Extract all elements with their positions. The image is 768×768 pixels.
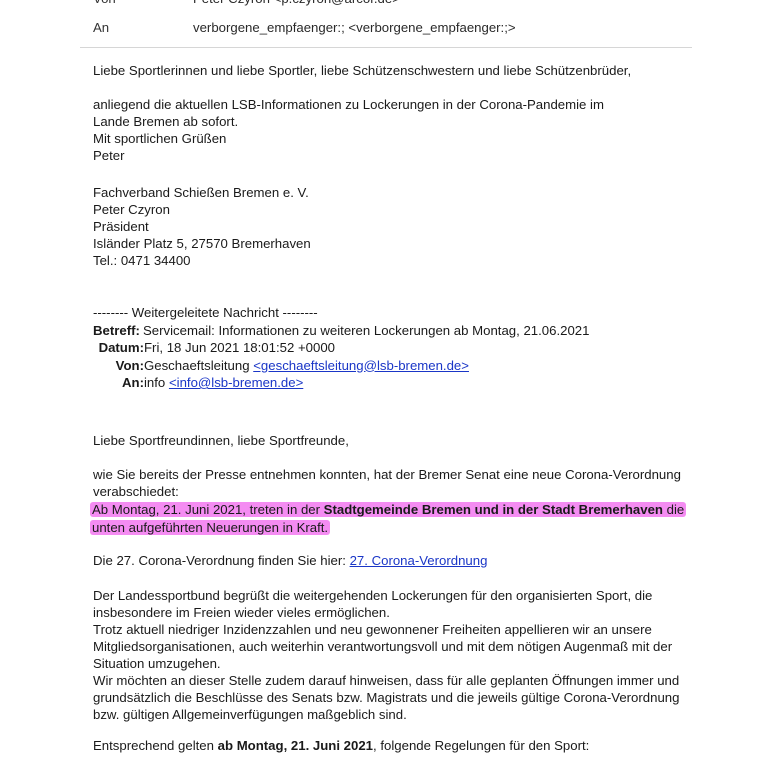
forward-date-row: Datum:Fri, 18 Jun 2021 18:01:52 +0000 bbox=[93, 339, 589, 357]
rules-text: , folgende Regelungen für den Sport: bbox=[373, 738, 589, 753]
signature-title: Präsident bbox=[93, 218, 311, 235]
from-label: Von bbox=[93, 0, 193, 6]
from-value: Peter Czyron <p.czyron@arcor.de> bbox=[193, 0, 400, 6]
signature-name: Peter Czyron bbox=[93, 201, 311, 218]
forward-separator: -------- Weitergeleitete Nachricht -----… bbox=[93, 304, 589, 322]
subject-label: Betreff: bbox=[93, 322, 143, 340]
para1-line: wie Sie bereits der Presse entnehmen kon… bbox=[93, 466, 686, 483]
to-value: verborgene_empfaenger:; <verborgene_empf… bbox=[193, 20, 516, 35]
rules-intro: Entsprechend gelten ab Montag, 21. Juni … bbox=[93, 737, 589, 754]
highlight-text: Ab Montag, 21. Juni 2021, treten in der bbox=[92, 502, 324, 517]
to-email-link[interactable]: <info@lsb-bremen.de> bbox=[169, 375, 303, 390]
body-line: anliegend die aktuellen LSB-Informatione… bbox=[93, 96, 604, 113]
forwarded-header: -------- Weitergeleitete Nachricht -----… bbox=[93, 304, 589, 392]
subject-value: Servicemail: Informationen zu weiteren L… bbox=[143, 323, 589, 338]
verordnung-link[interactable]: 27. Corona-Verordnung bbox=[350, 553, 488, 568]
email-to-row: Anverborgene_empfaenger:; <verborgene_em… bbox=[93, 20, 516, 35]
para1-line: verabschiedet: bbox=[93, 483, 686, 500]
forward-to-row: An:info <info@lsb-bremen.de> bbox=[93, 374, 589, 392]
message-para2: Der Landessportbund begrüßt die weiterge… bbox=[93, 587, 679, 723]
para2-line: bzw. gültigen Allgemeinverfügungen maßge… bbox=[93, 706, 679, 723]
body-line: Peter bbox=[93, 147, 604, 164]
intro-greeting: Liebe Sportlerinnen und liebe Sportler, … bbox=[93, 62, 631, 79]
intro-body: anliegend die aktuellen LSB-Informatione… bbox=[93, 96, 604, 164]
to-label: An bbox=[93, 20, 193, 35]
signature-address: Isländer Platz 5, 27570 Bremerhaven bbox=[93, 235, 311, 252]
message-greeting: Liebe Sportfreundinnen, liebe Sportfreun… bbox=[93, 432, 349, 449]
highlighted-line-2: unten aufgeführten Neuerungen in Kraft. bbox=[93, 519, 686, 536]
forward-from-row: Von:Geschaeftsleitung <geschaeftsleitung… bbox=[93, 357, 589, 375]
date-value: Fri, 18 Jun 2021 18:01:52 +0000 bbox=[144, 340, 335, 355]
highlighted-line-1: Ab Montag, 21. Juni 2021, treten in der … bbox=[93, 501, 686, 518]
rules-text: Entsprechend gelten bbox=[93, 738, 218, 753]
to-label: An: bbox=[93, 374, 144, 392]
to-name: info bbox=[144, 375, 169, 390]
para2-line: Wir möchten an dieser Stelle zudem darau… bbox=[93, 672, 679, 689]
signature-phone: Tel.: 0471 34400 bbox=[93, 252, 311, 269]
from-label: Von: bbox=[93, 357, 144, 375]
para2-line: insbesondere im Freien wieder vieles erm… bbox=[93, 604, 679, 621]
highlight-text: unten aufgeführten Neuerungen in Kraft. bbox=[90, 520, 330, 535]
verordnung-text: Die 27. Corona-Verordnung finden Sie hie… bbox=[93, 553, 350, 568]
date-label: Datum: bbox=[93, 339, 144, 357]
header-divider bbox=[80, 47, 692, 48]
rules-date: ab Montag, 21. Juni 2021 bbox=[218, 738, 373, 753]
email-from-row: VonPeter Czyron <p.czyron@arcor.de> bbox=[93, 0, 400, 6]
para2-line: Situation umzugehen. bbox=[93, 655, 679, 672]
message-greeting-text: Liebe Sportfreundinnen, liebe Sportfreun… bbox=[93, 432, 349, 449]
highlight-text: die bbox=[663, 502, 684, 517]
greeting-text: Liebe Sportlerinnen und liebe Sportler, … bbox=[93, 62, 631, 79]
signature-org: Fachverband Schießen Bremen e. V. bbox=[93, 184, 311, 201]
para2-line: Trotz aktuell niedriger Inzidenzzahlen u… bbox=[93, 621, 679, 638]
para2-line: Mitgliedsorganisationen, auch weiterhin … bbox=[93, 638, 679, 655]
message-para1: wie Sie bereits der Presse entnehmen kon… bbox=[93, 466, 686, 536]
forward-subject-row: Betreff:Servicemail: Informationen zu we… bbox=[93, 322, 589, 340]
highlight-bold-text: Stadtgemeinde Bremen und in der Stadt Br… bbox=[324, 502, 663, 517]
para2-line: grundsätzlich die Beschlüsse des Senats … bbox=[93, 689, 679, 706]
from-name: Geschaeftsleitung bbox=[144, 358, 253, 373]
verordnung-line: Die 27. Corona-Verordnung finden Sie hie… bbox=[93, 552, 487, 569]
from-email-link[interactable]: <geschaeftsleitung@lsb-bremen.de> bbox=[253, 358, 469, 373]
body-line: Lande Bremen ab sofort. bbox=[93, 113, 604, 130]
body-line: Mit sportlichen Grüßen bbox=[93, 130, 604, 147]
para2-line: Der Landessportbund begrüßt die weiterge… bbox=[93, 587, 679, 604]
signature-block: Fachverband Schießen Bremen e. V. Peter … bbox=[93, 184, 311, 269]
